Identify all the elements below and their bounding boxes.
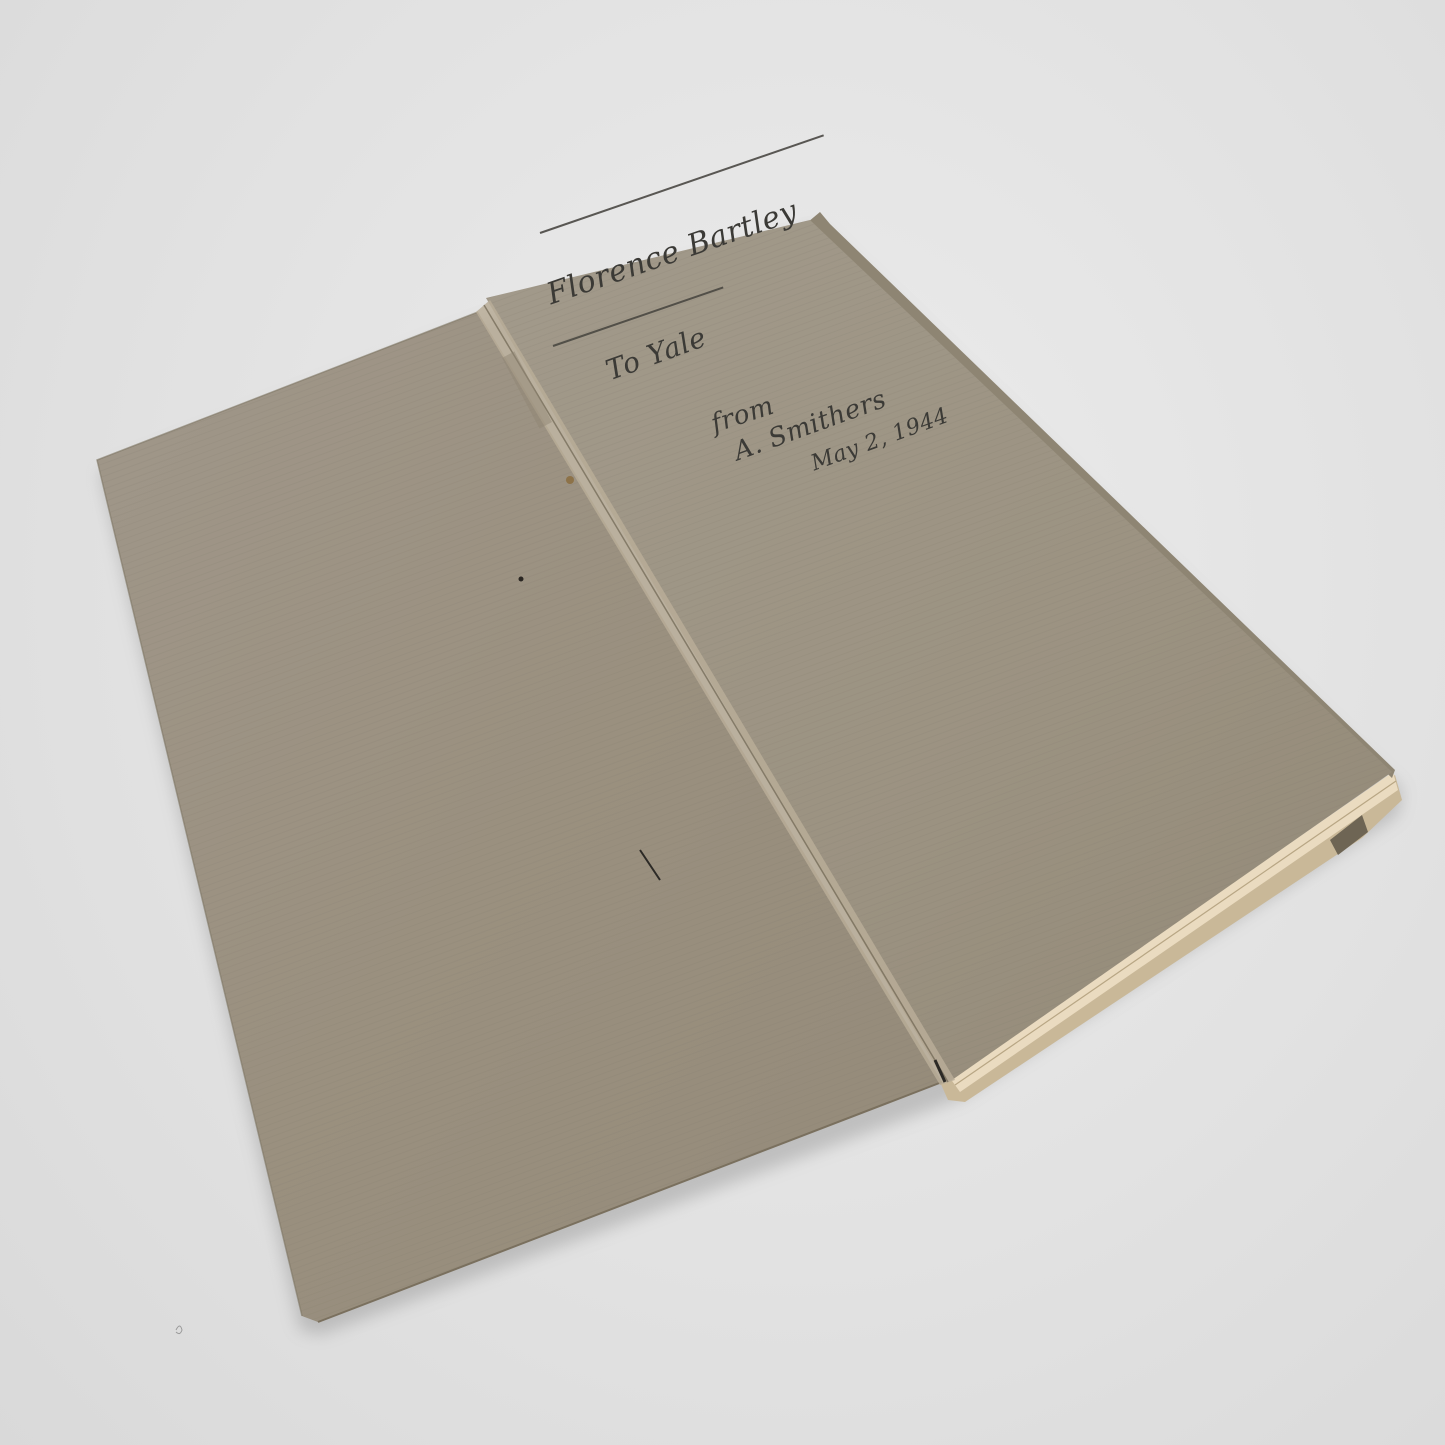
lint-mark: [176, 1326, 182, 1334]
photo-background: Florence Bartley To Yale from A. Smither…: [0, 0, 1445, 1445]
